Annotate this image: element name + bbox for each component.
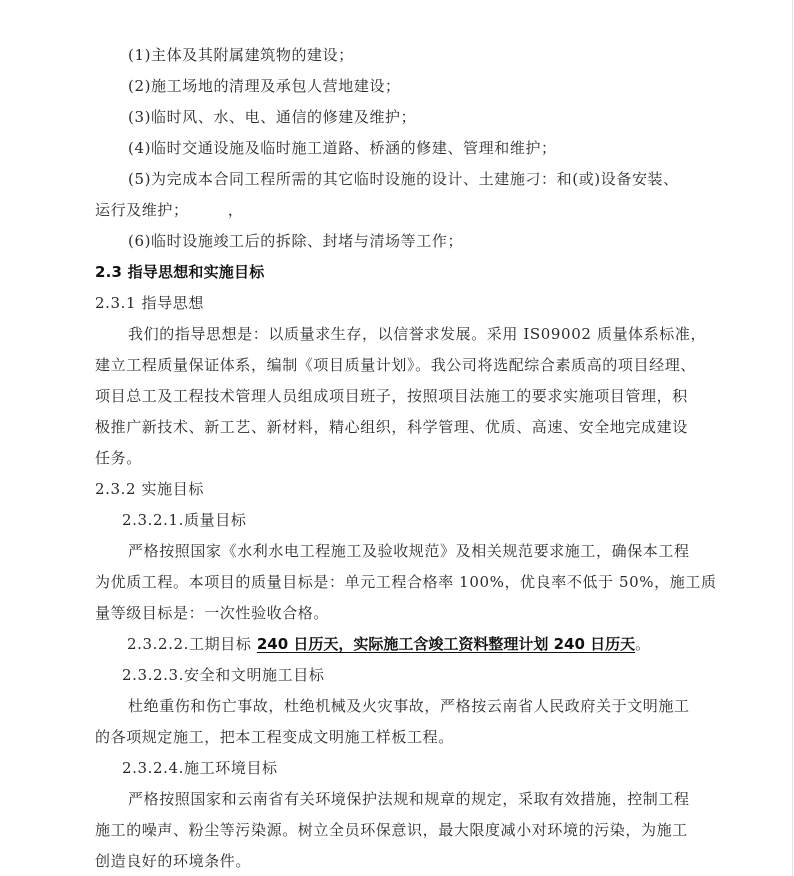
paragraph-line: 为优质工程。本项目的质量目标是：单元工程合格率 100%，优良率不低于 50%，… [95,567,700,598]
list-item: (3)临时风、水、电、通信的修建及维护； [95,102,700,133]
paragraph-line: 任务。 [95,443,700,474]
paragraph-line: 严格按照国家和云南省有关环境保护法规和规章的规定，采取有效措施，控制工程 [95,784,700,815]
subsection-heading-2-3-1: 2.3.1 指导思想 [95,288,700,319]
environment-target-heading: 2.3.2.4.施工环境目标 [95,753,700,784]
document-body: (1)主体及其附属建筑物的建设； (2)施工场地的清理及承包人营地建设； (3)… [95,40,700,876]
section-heading-2-3: 2.3 指导思想和实施目标 [95,257,700,288]
quality-target-heading: 2.3.2.1.质量目标 [95,505,700,536]
safety-target-heading: 2.3.2.3.安全和文明施工目标 [95,660,700,691]
page-edge-divider [792,0,793,876]
subsection-heading-2-3-2: 2.3.2 实施目标 [95,474,700,505]
paragraph-line: 严格按照国家《水利水电工程施工及验收规范》及相关规范要求施工，确保本工程 [95,536,700,567]
list-item: (2)施工场地的清理及承包人营地建设； [95,71,700,102]
schedule-target-period: 。 [635,635,651,653]
schedule-target-heading: 2.3.2.2.工期目标 [127,635,251,653]
paragraph-line: 项目总工及工程技术管理人员组成项目班子，按照项目法施工的要求实施项目管理，积 [95,381,700,412]
paragraph-line: 极推广新技术、新工艺、新材料，精心组织，科学管理、优质、高速、安全地完成建设 [95,412,700,443]
paragraph-line: 的各项规定施工，把本工程变成文明施工样板工程。 [95,722,700,753]
list-item: (1)主体及其附属建筑物的建设； [95,40,700,71]
schedule-target-line: 2.3.2.2.工期目标 240 日历天，实际施工含竣工资料整理计划 240 日… [95,629,700,660]
paragraph-line: 量等级目标是：一次性验收合格。 [95,598,700,629]
list-item: (5)为完成本合同工程所需的其它临时设施的设计、土建施刁：和(或)设备安装、 [95,164,700,195]
paragraph-line: 创造良好的环境条件。 [95,846,700,876]
paragraph-line: 杜绝重伤和伤亡事故，杜绝机械及火灾事故，严格按云南省人民政府关于文明施工 [95,691,700,722]
list-item: (4)临时交通设施及临时施工道路、桥涵的修建、管理和维护； [95,133,700,164]
paragraph-line: 施工的噪声、粉尘等污染源。树立全员环保意识，最大限度减小对环境的污染，为施工 [95,815,700,846]
list-item: (6)临时设施竣工后的拆除、封堵与清场等工作； [95,226,700,257]
list-item-continuation: 运行及维护； ， [95,195,700,226]
paragraph-line: 我们的指导思想是：以质量求生存，以信誉求发展。采用 IS09002 质量体系标准… [95,319,700,350]
schedule-target-emphasis: 240 日历天，实际施工含竣工资料整理计划 240 日历天 [257,635,635,653]
paragraph-line: 建立工程质量保证体系，编制《项目质量计划》。我公司将选配综合素质高的项目经理、 [95,350,700,381]
